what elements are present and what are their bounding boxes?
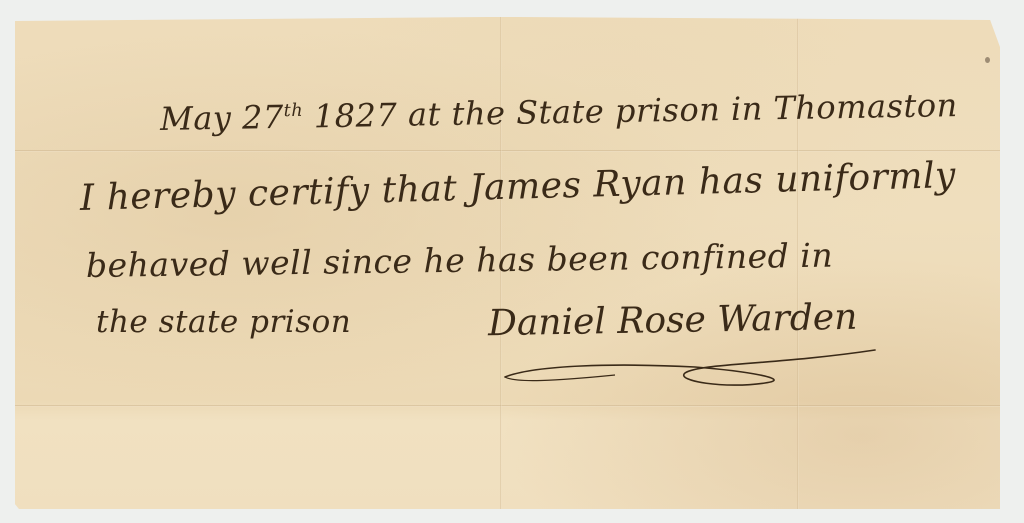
body-line-3: the state prison [96, 304, 351, 340]
horizontal-fold-line [15, 405, 1000, 407]
signature-flourish-icon [495, 345, 885, 390]
pin-hole-mark [985, 57, 990, 63]
date-month-day: May 27 [160, 98, 284, 138]
signature: Daniel Rose Warden [488, 297, 858, 344]
horizontal-fold-line [15, 150, 1000, 152]
date-ordinal: th [284, 101, 304, 121]
date-year: 1827 [314, 96, 398, 135]
